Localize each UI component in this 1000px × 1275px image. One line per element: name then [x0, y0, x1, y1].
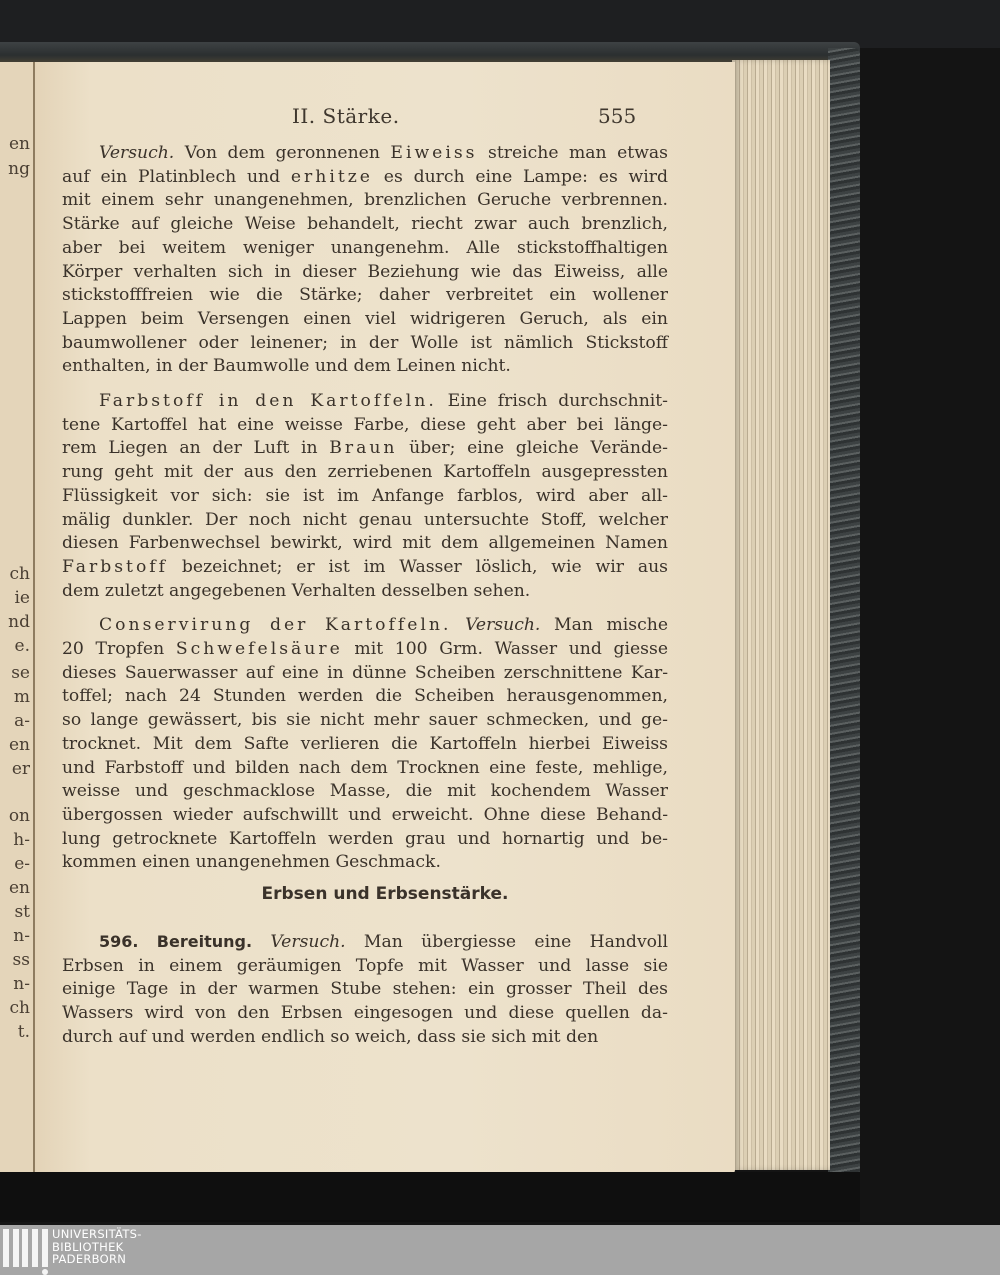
- bold-run: Bereitung.: [157, 932, 252, 951]
- text-run: Erbsen in einem geräumigen Topfe mit Was…: [62, 956, 668, 976]
- text-line: 596. Bereitung. Versuch. Man übergiesse …: [62, 930, 668, 955]
- text-run: bezeichnet; er ist im Wasser löslich, wi…: [168, 557, 668, 577]
- text-line: mälig dunkler. Der noch nicht genau unte…: [62, 509, 668, 533]
- text-run: streiche man etwas: [478, 143, 669, 163]
- text-line: und Farbstoff und bilden nach dem Trockn…: [62, 757, 668, 781]
- text-run: so lange gewässert, bis sie nicht mehr s…: [62, 710, 668, 730]
- spaced-emphasis-run: Eiweiss: [390, 143, 477, 163]
- text-line: rung geht mit der aus den zerriebenen Ka…: [62, 461, 668, 485]
- left-page-fragment: en: [0, 877, 30, 900]
- text-line: Erbsen in einem geräumigen Topfe mit Was…: [62, 955, 668, 979]
- left-page-fragment: t.: [0, 1021, 30, 1044]
- book-cover-right-edge: [828, 48, 860, 1178]
- text-line: trocknet. Mit dem Safte verlieren die Ka…: [62, 733, 668, 757]
- text-line: lung getrocknete Kartoffeln werden grau …: [62, 828, 668, 852]
- left-page-fragment: n-: [0, 973, 30, 996]
- text-line: auf ein Platinblech und erhitze es durch…: [62, 166, 668, 190]
- text-line: diesen Farbenwechsel bewirkt, wird mit d…: [62, 532, 668, 556]
- text-run: Lappen beim Versengen einen viel widrige…: [62, 309, 668, 329]
- left-page-fragment: ie: [0, 587, 30, 610]
- text-line: Wassers wird von den Erbsen eingesogen u…: [62, 1002, 668, 1026]
- left-page-fragment: st: [0, 901, 30, 924]
- text-run: Körper verhalten sich in dieser Beziehun…: [62, 262, 668, 282]
- text-line: Körper verhalten sich in dieser Beziehun…: [62, 261, 668, 285]
- text-run: weisse und geschmacklose Masse, die mit …: [62, 781, 668, 801]
- text-run: mälig dunkler. Der noch nicht genau unte…: [62, 510, 668, 530]
- section-body-text: 596. Bereitung. Versuch. Man übergiesse …: [62, 930, 668, 1061]
- text-run: Von dem geronnenen: [174, 143, 390, 163]
- text-line: einige Tage in der warmen Stube stehen: …: [62, 978, 668, 1002]
- text-line: 20 Tropfen Schwefelsäure mit 100 Grm. Wa…: [62, 638, 668, 662]
- spaced-emphasis-run: Farbstoff in den Kartoffeln.: [99, 391, 437, 411]
- spaced-emphasis-run: Braun: [329, 438, 397, 458]
- left-page-fragment: n-: [0, 925, 30, 948]
- text-run: dem zuletzt angegebenen Verhalten dessel…: [62, 581, 530, 601]
- book-page: II. Stärke. 555 Versuch. Von dem geronne…: [35, 62, 735, 1174]
- left-page-fragment: h-: [0, 829, 30, 852]
- text-run: tene Kartoffel hat eine weisse Farbe, di…: [62, 415, 668, 435]
- spaced-emphasis-run: Conservirung der Kartoffeln.: [99, 615, 451, 635]
- left-page-fragment: a-: [0, 710, 30, 733]
- text-run: mit einem sehr unangenehmen, brenzlichen…: [62, 190, 668, 210]
- text-line: übergossen wieder aufschwillt und erweic…: [62, 804, 668, 828]
- spaced-emphasis-run: Schwefelsäure: [176, 639, 343, 659]
- text-line: weisse und geschmacklose Masse, die mit …: [62, 780, 668, 804]
- text-run: einige Tage in der warmen Stube stehen: …: [62, 979, 668, 999]
- text-line: Conservirung der Kartoffeln. Versuch. Ma…: [62, 614, 668, 638]
- text-line: toffel; nach 24 Stunden werden die Schei…: [62, 685, 668, 709]
- text-line: Lappen beim Versengen einen viel widrige…: [62, 308, 668, 332]
- left-page-fragment: e.: [0, 635, 30, 658]
- left-page-fragment: er: [0, 758, 30, 781]
- page-number: 555: [598, 104, 636, 128]
- logo-line-1: UNIVERSITÄTS-: [52, 1228, 142, 1241]
- text-run: enthalten, in der Baumwolle und dem Lein…: [62, 356, 511, 376]
- text-run: trocknet. Mit dem Safte verlieren die Ka…: [62, 734, 668, 754]
- text-run: rung geht mit der aus den zerriebenen Ka…: [62, 462, 668, 482]
- text-line: tene Kartoffel hat eine weisse Farbe, di…: [62, 414, 668, 438]
- text-line: dieses Sauerwasser auf eine in dünne Sch…: [62, 662, 668, 686]
- text-run: aber bei weitem weniger unangenehm. Alle…: [62, 238, 668, 258]
- page-stack-edges: [732, 60, 830, 1170]
- text-run: Man mische: [540, 615, 668, 635]
- text-run: dieses Sauerwasser auf eine in dünne Sch…: [62, 663, 668, 683]
- text-run: Man übergiesse eine Handvoll: [346, 932, 668, 952]
- text-run: es durch eine Lampe: es wird: [373, 167, 668, 187]
- text-line: kommen einen unangenehmen Geschmack.: [62, 851, 668, 875]
- left-page-fragment: m: [0, 686, 30, 709]
- left-page-fragment: e-: [0, 853, 30, 876]
- left-page-fragment: en: [0, 133, 30, 156]
- book-cover-top-edge: [0, 42, 860, 64]
- left-page-fragment: en: [0, 734, 30, 757]
- book-shadow: [0, 1172, 860, 1222]
- section-heading: Erbsen und Erbsenstärke.: [35, 884, 735, 904]
- running-head-title: II. Stärke.: [292, 104, 400, 128]
- left-page-fragment: se: [0, 662, 30, 685]
- left-page-fragment: ch: [0, 997, 30, 1020]
- logo-line-3: PADERBORN: [52, 1253, 142, 1266]
- text-run: [252, 932, 270, 952]
- text-line: Farbstoff bezeichnet; er ist im Wasser l…: [62, 556, 668, 580]
- text-run: toffel; nach 24 Stunden werden die Schei…: [62, 686, 668, 706]
- text-run: stickstofffreien wie die Stärke; daher v…: [62, 285, 668, 305]
- text-run: [451, 615, 465, 635]
- text-line: enthalten, in der Baumwolle und dem Lein…: [62, 355, 668, 379]
- text-run: und Farbstoff und bilden nach dem Trockn…: [62, 758, 668, 778]
- text-run: diesen Farbenwechsel bewirkt, wird mit d…: [62, 533, 668, 553]
- left-page-fragment: ng: [0, 158, 30, 181]
- text-line: Versuch. Von dem geronnenen Eiweiss stre…: [62, 142, 668, 166]
- text-run: auf ein Platinblech und: [62, 167, 291, 187]
- text-run: kommen einen unangenehmen Geschmack.: [62, 852, 441, 872]
- text-line: dem zuletzt angegebenen Verhalten dessel…: [62, 580, 668, 604]
- text-line: aber bei weitem weniger unangenehm. Alle…: [62, 237, 668, 261]
- text-line: stickstofffreien wie die Stärke; daher v…: [62, 284, 668, 308]
- text-line: rem Liegen an der Luft in Braun über; ei…: [62, 437, 668, 461]
- bold-run: 596.: [99, 932, 138, 951]
- library-logo-text: UNIVERSITÄTS- BIBLIOTHEK PADERBORN: [52, 1228, 142, 1266]
- footer-bar: UNIVERSITÄTS- BIBLIOTHEK PADERBORN: [0, 1225, 1000, 1275]
- italic-run: Versuch.: [99, 143, 174, 163]
- text-line: Flüssigkeit vor sich: sie ist im Anfange…: [62, 485, 668, 509]
- text-run: Flüssigkeit vor sich: sie ist im Anfange…: [62, 486, 668, 506]
- text-line: Farbstoff in den Kartoffeln. Eine frisch…: [62, 390, 668, 414]
- running-head: II. Stärke. 555: [35, 104, 735, 134]
- text-run: rem Liegen an der Luft in: [62, 438, 329, 458]
- left-page-fragment: nd: [0, 611, 30, 634]
- text-line: so lange gewässert, bis sie nicht mehr s…: [62, 709, 668, 733]
- left-page-sliver: enngchiende.sema-eneronh-e-enstn-ssn-cht…: [0, 62, 35, 1172]
- text-run: Wassers wird von den Erbsen eingesogen u…: [62, 1003, 668, 1023]
- text-run: baumwollener oder leinener; in der Wolle…: [62, 333, 668, 353]
- italic-run: Versuch.: [270, 932, 345, 952]
- paragraph: Farbstoff in den Kartoffeln. Eine frisch…: [62, 390, 668, 603]
- text-run: 20 Tropfen: [62, 639, 176, 659]
- spaced-emphasis-run: erhitze: [291, 167, 373, 187]
- text-run: lung getrocknete Kartoffeln werden grau …: [62, 829, 668, 849]
- text-line: baumwollener oder leinener; in der Wolle…: [62, 332, 668, 356]
- italic-run: Versuch.: [465, 615, 540, 635]
- paragraph-596: 596. Bereitung. Versuch. Man übergiesse …: [62, 930, 668, 1050]
- left-page-fragment: on: [0, 805, 30, 828]
- text-run: durch auf und werden endlich so weich, d…: [62, 1027, 598, 1047]
- text-line: Stärke auf gleiche Weise behandelt, riec…: [62, 213, 668, 237]
- text-run: übergossen wieder aufschwillt und erweic…: [62, 805, 668, 825]
- text-run: über; eine gleiche Verände-: [397, 438, 668, 458]
- paragraph: Conservirung der Kartoffeln. Versuch. Ma…: [62, 614, 668, 875]
- text-run: [138, 932, 156, 952]
- body-text: Versuch. Von dem geronnenen Eiweiss stre…: [62, 142, 668, 886]
- text-run: Stärke auf gleiche Weise behandelt, riec…: [62, 214, 668, 234]
- text-run: Eine frisch durchschnit-: [437, 391, 668, 411]
- text-run: mit 100 Grm. Wasser und giesse: [343, 639, 668, 659]
- paragraph: Versuch. Von dem geronnenen Eiweiss stre…: [62, 142, 668, 379]
- left-page-fragment: ss: [0, 949, 30, 972]
- scan-background: [0, 0, 1000, 48]
- spaced-emphasis-run: Farbstoff: [62, 557, 168, 577]
- text-line: mit einem sehr unangenehmen, brenzlichen…: [62, 189, 668, 213]
- left-page-fragment: ch: [0, 563, 30, 586]
- text-line: durch auf und werden endlich so weich, d…: [62, 1026, 668, 1050]
